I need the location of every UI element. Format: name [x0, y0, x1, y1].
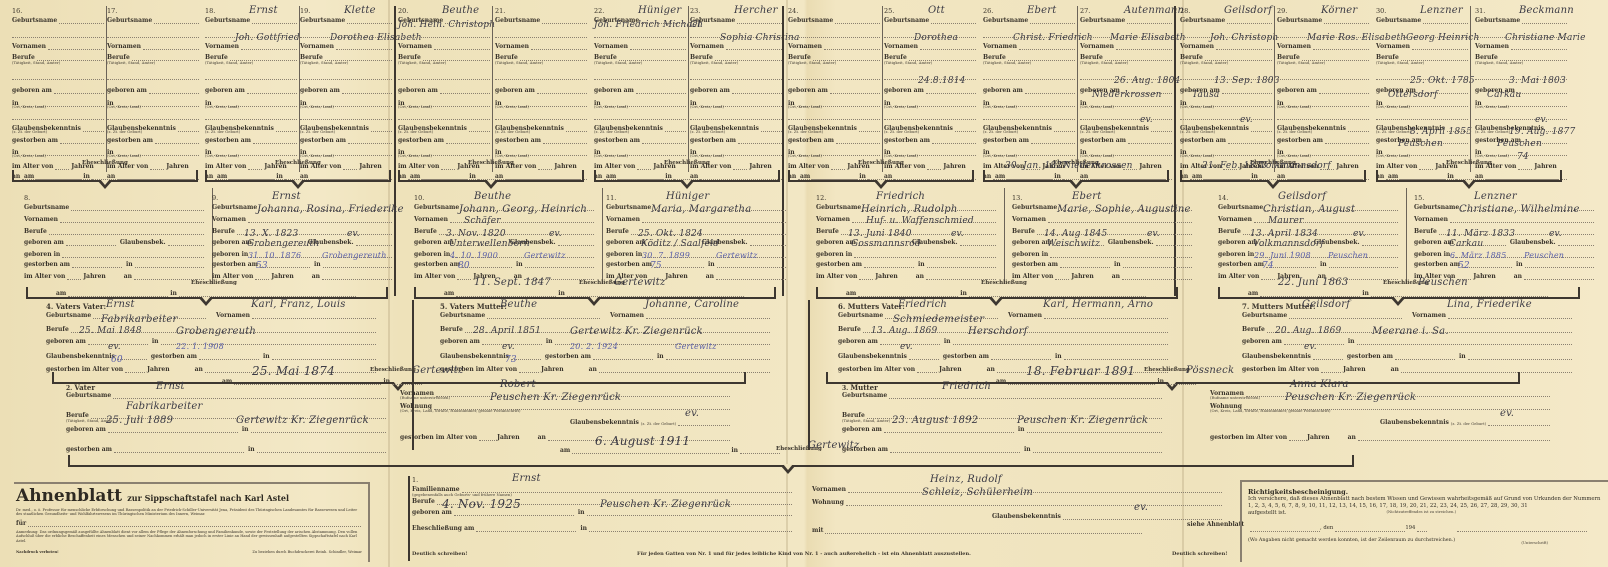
label-in: in	[657, 354, 664, 360]
marriage-place-value[interactable]: Volkmannsdorf	[1260, 161, 1331, 171]
religion-value[interactable]: ev.	[347, 230, 360, 239]
death-date-value[interactable]: 19. Aug. 1877	[1509, 128, 1575, 137]
surname-line2-value[interactable]: Joh. Hein. Christoph	[398, 21, 495, 30]
birth-date-value[interactable]: 11. März 1833	[1446, 230, 1515, 239]
father-birth-place[interactable]: Gertewitz Kr. Ziegenrück	[236, 416, 369, 426]
label-gestorben-am: gestorben am	[66, 447, 112, 453]
aufgestellt-text: aufgestellt ist.	[1248, 510, 1286, 517]
birth-date-value[interactable]: 20. Aug. 1869	[1275, 327, 1341, 336]
religion-value[interactable]: ev.	[1353, 230, 1366, 239]
card-number: 23.	[690, 8, 700, 15]
birth-date-value[interactable]: 26. Aug. 1804	[1114, 77, 1180, 86]
birth-date-value[interactable]: 24.8.1814	[918, 77, 966, 86]
label-geburtsname: Geburtsname	[816, 205, 861, 211]
death-place-value[interactable]: Peuschen	[1524, 252, 1564, 260]
label-in: in	[469, 173, 476, 180]
marriage-date-value[interactable]: 11. Sept. 1847	[474, 277, 551, 288]
marriage-place-value[interactable]: Pössneck	[1186, 365, 1234, 376]
label-glaube: Glaubensbekenntnis	[992, 514, 1061, 520]
death-date-value[interactable]: 30. 7. 1899	[642, 252, 690, 260]
label-glaube: Glaubensbek.	[1510, 240, 1556, 246]
sub-label: (Tätigkeit, Stand, Ämter)	[12, 61, 60, 65]
birth-date-value[interactable]: 13. Sep. 1803	[1214, 77, 1280, 86]
death-place-value[interactable]: Gertewitz	[524, 252, 566, 260]
chevron-down-icon	[1461, 180, 1477, 189]
label-in: in	[580, 526, 587, 532]
card-number: 10.	[414, 195, 424, 202]
label-geburtsname: Geburtsname	[1218, 205, 1263, 211]
given-names-value[interactable]: Karl, Hermann, Arno	[1043, 300, 1153, 310]
label-gestorben-am: gestorben am	[690, 138, 736, 144]
parents-marriage-place[interactable]: Gertewitz	[808, 440, 859, 451]
surname-value[interactable]: Lenzner	[1420, 6, 1463, 16]
sub-label: (Ort, Kreis, Land)	[690, 154, 724, 158]
label-gestorben-am: gestorben am	[594, 138, 640, 144]
father-given-names[interactable]: Robert	[500, 380, 536, 390]
column-divider	[1004, 188, 1005, 284]
birth-date-value[interactable]: 28. April 1851	[473, 327, 541, 336]
death-place-value[interactable]: Gertewitz	[716, 252, 758, 260]
given-names-value[interactable]: Georg Heinrich	[1406, 34, 1480, 43]
birth-place-value[interactable]: Köditz / Saalfeld	[641, 240, 719, 249]
sub-label: (Rufname unterstreichen)	[400, 396, 450, 400]
proband-residence[interactable]: Schleiz, Schülerheim	[922, 488, 1033, 498]
card-number: 14.	[1218, 195, 1228, 202]
column-divider	[1077, 6, 1078, 172]
proband-surname[interactable]: Ernst	[512, 474, 541, 484]
sub-label: (Tätigkeit, Stand, Ämter)	[398, 61, 446, 65]
label-am: am	[24, 173, 34, 180]
religion-value[interactable]: ev.	[1240, 116, 1253, 125]
card-number: 30.	[1376, 8, 1386, 15]
label-fuer: für	[16, 520, 26, 527]
label-an: an	[124, 274, 132, 280]
surname-line2-value[interactable]: Ch	[690, 21, 703, 30]
birth-place-value[interactable]: Tausa	[1192, 91, 1219, 100]
sub-label: (Tätigkeit, Stand, Ämter)	[983, 61, 1031, 65]
sub-label: (z. Zt. der Geburt)	[1180, 130, 1215, 134]
religion-value[interactable]: ev.	[549, 230, 562, 239]
age-value[interactable]: 52	[1458, 262, 1470, 271]
label-geboren-am: geboren am	[107, 88, 147, 94]
birth-place-value[interactable]: Carkau	[1487, 91, 1521, 100]
sub-label: (z. Zt. der Geburt)	[788, 130, 823, 134]
proband-religion[interactable]: ev.	[1134, 503, 1148, 513]
birth-place-value[interactable]: Ottersdorf	[1388, 91, 1438, 100]
given-names-value[interactable]: Johanne, Caroline	[645, 300, 739, 310]
label-vornamen: Vornamen	[788, 44, 822, 50]
given-names-value[interactable]: Dorothea	[914, 34, 958, 43]
religion-value[interactable]: ev.	[1535, 116, 1548, 125]
eheschliessung-label: Eheschließung	[468, 160, 514, 166]
signature-field[interactable]	[1457, 526, 1587, 532]
label-geburtsname: Geburtsname	[1475, 18, 1520, 24]
surname-value[interactable]: Hüniger	[666, 192, 709, 202]
sub-label: (Ort, Kreis, Land)	[1277, 105, 1311, 109]
surname-value[interactable]: Beuthe	[500, 300, 537, 310]
birth-date-value[interactable]: 25. Mai 1848	[79, 327, 142, 336]
label-in: in	[859, 173, 866, 180]
parents-marriage-date[interactable]: 6. August 1911	[595, 434, 690, 448]
death-place-value[interactable]: Peuschen	[1328, 252, 1368, 260]
birth-place-value[interactable]: Niederkrossen	[1092, 91, 1162, 100]
birth-place-value[interactable]: Grobengereuth	[247, 240, 319, 249]
label-alter: im Alter von	[816, 274, 857, 280]
label-geburtsname: Geburtsname	[842, 393, 887, 399]
sub-label: (z. Zt. der Geburt)	[594, 130, 629, 134]
label-gestorben-alter: gestorben im Alter von	[1210, 435, 1287, 441]
occupation-value[interactable]: Fabrikarbeiter	[101, 315, 177, 325]
card-number: 11.	[606, 195, 616, 202]
death-date-value[interactable]: 8. April 1855	[1410, 128, 1472, 137]
label-glaube: Glaubensbekenntnis	[838, 354, 907, 360]
sub-label: (Ort, Kreis, Land)	[788, 105, 822, 109]
age-value[interactable]: 74	[1262, 262, 1274, 271]
surname-value[interactable]: Geilsdorf	[1278, 192, 1326, 202]
religion-value[interactable]: ev.	[1304, 343, 1317, 352]
birth-place-value[interactable]: Unterwellenborn	[449, 240, 530, 249]
label-gestorben-am: gestorben am	[24, 262, 70, 268]
marriage-place-value[interactable]: Peuschen	[1418, 277, 1468, 288]
sub-label: (Ort, Kreis, Land)	[300, 105, 334, 109]
label-vornamen: Vornamen	[610, 313, 644, 319]
birth-place-value[interactable]: Carkau	[1449, 240, 1483, 249]
reprint-notice: Nachdruck verboten!	[16, 550, 59, 554]
father-residence[interactable]: Peuschen Kr. Ziegenrück	[490, 393, 621, 403]
death-place-value[interactable]: Grobengereuth	[322, 252, 387, 260]
birth-date-value[interactable]: 13. Aug. 1869	[871, 327, 937, 336]
label-in: in	[960, 290, 967, 297]
label-gestorben-am: gestorben am	[884, 138, 930, 144]
label-in: in	[248, 447, 255, 453]
label-berufe: Berufe	[1218, 229, 1241, 235]
surname-value[interactable]: Beckmann	[1519, 6, 1574, 16]
label-geburtsname: Geburtsname	[205, 18, 250, 24]
mother-religion[interactable]: ev.	[1500, 409, 1514, 419]
date-field[interactable]	[1335, 526, 1405, 532]
marriage-date-value[interactable]: 21. Feb. 1833	[1202, 161, 1267, 171]
occupation-value[interactable]: Maurer	[1268, 217, 1304, 226]
sub-label: (Ort, Kreis, Land)	[1475, 154, 1509, 158]
label-geburtsname: Geburtsname	[12, 18, 57, 24]
ancestor-card-30: 30. Geburtsname Lenzner Vornamen Georg H…	[1376, 8, 1468, 168]
label-geboren-am: geboren am	[398, 88, 438, 94]
proband-birth-place[interactable]: Peuschen Kr. Ziegenrück	[600, 500, 731, 510]
label-am: am	[410, 173, 420, 180]
eheschliessung-label: Eheschließung	[191, 280, 237, 286]
marriage-date-value[interactable]: 18. Februar 1891	[1026, 364, 1135, 378]
surname-value[interactable]: Friedrich	[898, 300, 947, 310]
sub-label: (Ort, Kreis, Land)	[12, 105, 46, 109]
birth-place-value[interactable]: Gossmannsrod	[851, 240, 921, 249]
mother-maiden-name[interactable]: Friedrich	[942, 382, 991, 392]
birth-date-value[interactable]: 3. Mai 1803	[1509, 77, 1566, 86]
sub-label: (Ort, Kreis, Land)	[107, 105, 141, 109]
label-geburtsname: Geburtsname	[300, 18, 345, 24]
sub-label: (z. Zt. der Geburt)	[641, 422, 676, 426]
label-jahren: Jahren	[665, 274, 687, 280]
father-religion[interactable]: ev.	[685, 409, 699, 419]
ancestor-card-6: 6. Mutters Vater: Geburtsname Friedrich …	[838, 303, 1168, 373]
label-vornamen: Vornamen	[216, 313, 250, 319]
card-number: 7.	[1242, 302, 1249, 311]
card-number: 9.	[212, 195, 218, 202]
religion-value[interactable]: ev.	[502, 343, 515, 352]
document-subtitle: zur Sippschaftstafel nach Karl Astel	[127, 493, 289, 503]
supplier-notice: Zu beziehen durch Buchdruckerei Reinh. S…	[252, 550, 362, 554]
father-surname[interactable]: Ernst	[156, 382, 185, 392]
divider	[408, 476, 410, 561]
birth-date-value[interactable]: 13. April 1834	[1250, 230, 1318, 239]
given-names-value[interactable]: Heinrich, Rudolph	[861, 205, 958, 215]
birth-date-value[interactable]: 13. X. 1823	[244, 230, 298, 239]
surname-value[interactable]: Beuthe	[474, 192, 511, 202]
role-label: Vaters Vater:	[56, 302, 106, 311]
signature-label: (Unterschrift)	[1521, 540, 1548, 545]
given-names-value[interactable]: Joh. Gottfried	[235, 34, 300, 43]
birth-place-value[interactable]: Herschdorf	[968, 327, 1028, 337]
label-an: an	[916, 274, 924, 280]
sub-label: (z. Zt. der Geburt)	[205, 130, 240, 134]
given-names-value[interactable]: Christiane Marie	[1505, 34, 1586, 43]
death-date-value[interactable]: 4. 10. 1900	[450, 252, 498, 260]
label-glaube: Glaubensbekenntnis	[440, 354, 509, 360]
label-an: an	[312, 274, 320, 280]
sub-label: (Ort, Kreis, Land)	[1180, 105, 1214, 109]
label-geboren-am: geboren am	[205, 88, 245, 94]
given-names-value[interactable]: Karl, Franz, Louis	[251, 300, 346, 310]
sub-label: (Ort, Kreis, Land)	[1180, 154, 1214, 158]
label-am: am	[800, 173, 810, 180]
label-in: in	[1055, 354, 1062, 360]
label-berufe: Berufe	[412, 499, 435, 505]
religion-value[interactable]: ev.	[1140, 116, 1153, 125]
sub-label: (Ort, Kreis, Land)	[983, 105, 1017, 109]
label-in: in	[516, 262, 523, 268]
religion-value[interactable]: ev.	[900, 343, 913, 352]
label-am: am	[217, 173, 227, 180]
age-value[interactable]: 53	[256, 262, 268, 271]
surname-value[interactable]: Hüniger	[638, 6, 681, 16]
sub-label: (Ort, Kreis, Land)	[12, 154, 46, 158]
sub-label: (Ort, Kreis, Land)	[884, 154, 918, 158]
mother-birth-place[interactable]: Peuschen Kr. Ziegenrück	[1017, 416, 1148, 426]
label-gestorben-am: gestorben am	[1218, 262, 1264, 268]
death-place-value[interactable]: Peuschen	[1497, 140, 1542, 149]
birth-date-value[interactable]: 3. Nov. 1820	[446, 230, 506, 239]
label-an: an	[1112, 274, 1120, 280]
label-vornamen: Vornamen	[495, 44, 529, 50]
sub-label: (Ort, Kreis, Land)	[1080, 105, 1114, 109]
death-date-value[interactable]: 22. 1. 1908	[176, 343, 224, 351]
label-berufe: Berufe	[440, 327, 463, 333]
label-geboren-in: geboren in	[24, 252, 60, 258]
death-date-value[interactable]: 20. 2. 1924	[570, 343, 618, 351]
label-gestorben-am: gestorben am	[151, 354, 197, 360]
label-in: in	[708, 262, 715, 268]
ancestor-card-23: 23. Geburtsname Hercher Ch Vornamen Soph…	[690, 8, 782, 168]
religion-value[interactable]: ev.	[1147, 230, 1160, 239]
given-names-value[interactable]: Lina, Friederike	[1447, 300, 1532, 310]
label-vornamen: Vornamen	[812, 487, 846, 493]
label-gestorben-am: gestorben am	[300, 138, 346, 144]
card-number: 12.	[816, 195, 826, 202]
mother-residence[interactable]: Peuschen Kr. Ziegenrück	[1285, 393, 1416, 403]
label-geburtsname: Geburtsname	[884, 18, 929, 24]
marriage-place-value[interactable]: Gertewitz	[614, 277, 665, 288]
marriage-date-value[interactable]: 22. Juni 1863	[1278, 277, 1348, 288]
surname-value[interactable]: Geilsdorf	[1224, 6, 1272, 16]
birth-place-value[interactable]: Gertewitz Kr. Ziegenrück	[570, 327, 703, 337]
label-jahren: Jahren	[271, 274, 293, 280]
label-in: in	[731, 447, 738, 454]
death-date-value[interactable]: 6. März 1885	[1450, 252, 1506, 260]
sub-label: (z. Zt. der Geburt)	[1277, 130, 1312, 134]
given-names-value[interactable]: Christiane, Wilhelmine	[1459, 205, 1580, 215]
label-glaube: Glaubensbekenntnis	[570, 420, 639, 426]
death-place-value[interactable]: Peuschen	[1398, 140, 1443, 149]
label-vornamen: Vornamen	[1412, 313, 1446, 319]
den-label: , den	[1320, 525, 1333, 532]
label-geboren-am: geboren am	[1218, 240, 1258, 246]
marriage-date-value[interactable]: 25. Mai 1874	[252, 364, 335, 378]
label-geburtsname: Geburtsname	[1242, 313, 1287, 319]
birth-place-value[interactable]: Volkmannsdorf	[1253, 240, 1324, 249]
label-wohnung: Wohnung	[812, 500, 844, 506]
death-date-value[interactable]: 31. 10. 1876	[248, 252, 301, 260]
ancestor-card-27: 27. Geburtsname Autenmann Vornamen Marie…	[1080, 8, 1172, 168]
label-gestorben-am: gestorben am	[495, 138, 541, 144]
given-names-value[interactable]: Johanna, Rosina, Friederike	[257, 205, 404, 215]
place-field[interactable]	[1250, 526, 1320, 532]
label-geboren-in: geboren in	[1414, 252, 1450, 258]
label-geboren-am: geboren am	[606, 240, 646, 246]
death-place-value[interactable]: Gertewitz	[675, 343, 717, 351]
religion-value[interactable]: ev.	[951, 230, 964, 239]
occupation-value[interactable]: Schmiedemeister	[893, 315, 984, 325]
birth-place-value[interactable]: Grobengereuth	[176, 327, 256, 337]
surname-value[interactable]: Ott	[928, 6, 945, 16]
label-geboren-in: geboren in	[414, 252, 450, 258]
chevron-down-icon	[1068, 180, 1084, 189]
age-value[interactable]: 74	[1517, 153, 1529, 162]
birth-date-value[interactable]: 14. Aug 1845	[1044, 230, 1107, 239]
card-number: 6.	[838, 302, 845, 311]
proband-birth-date[interactable]: 4. Nov. 1925	[442, 498, 521, 510]
mother-birth-date[interactable]: 23. August 1892	[892, 416, 978, 426]
birth-date-value[interactable]: 25. Okt. 1824	[638, 230, 703, 239]
sub-label: (Ort, Kreis, Land)	[1277, 154, 1311, 158]
label-geburtsname: Geburtsname	[1414, 205, 1459, 211]
surname-line2-value[interactable]: Joh. Friedrich Michael	[594, 21, 701, 30]
mother-given-names[interactable]: Anna Klara	[1290, 380, 1349, 390]
label-vornamen: Vornamen	[884, 44, 918, 50]
father-birth-date[interactable]: 25. Juli 1889	[106, 416, 173, 426]
label-in: in	[546, 339, 553, 345]
ancestor-card-13: 13. Geburtsname Ebert Vornamen Marie, So…	[1012, 195, 1192, 275]
label-geburtsname: Geburtsname	[24, 205, 69, 211]
label-berufe: Berufe	[816, 229, 839, 235]
given-names-value[interactable]: Joh. Christoph	[1210, 34, 1278, 43]
label-ehe-am: Eheschließung am	[412, 526, 474, 532]
label-gestorben-am: gestorben am	[414, 262, 460, 268]
birth-date-value[interactable]: 13. Juni 1840	[848, 230, 912, 239]
given-names-value[interactable]: Christian, August	[1263, 205, 1355, 215]
label-in: in	[152, 339, 159, 345]
marriage-date-value[interactable]: 30. Jan. 1827	[1005, 161, 1068, 171]
occupation-value[interactable]: Schäfer	[464, 217, 501, 226]
label-alter: im Alter von	[1218, 274, 1259, 280]
label-berufe: Berufe	[24, 229, 47, 235]
birth-place-value[interactable]: Meerane i. Sa.	[1372, 327, 1449, 337]
surname-value[interactable]: Ernst	[249, 6, 278, 16]
label-in: in	[1018, 427, 1025, 433]
column-divider	[602, 188, 603, 284]
religion-value[interactable]: ev.	[108, 343, 121, 352]
chevron-down-icon	[290, 180, 306, 189]
given-names-value[interactable]: Marie, Sophie, Augustine	[1057, 205, 1191, 215]
ancestor-card-26: 26. Geburtsname Ebert Vornamen Christ. F…	[983, 8, 1075, 168]
surname-value[interactable]: Körner	[1321, 6, 1357, 16]
marriage-place-value[interactable]: Gertewitz	[412, 365, 463, 376]
chevron-down-icon	[483, 180, 499, 189]
father-occupation[interactable]: Fabrikarbeiter	[126, 402, 202, 412]
eheschliessung-label: Eheschließung	[82, 160, 128, 166]
label-geboren-in: geboren in	[816, 252, 852, 258]
surname-value[interactable]: Ernst	[272, 192, 301, 202]
label-geburtsname: Geburtsname	[838, 313, 883, 319]
given-names-value[interactable]: Johann, Georg, Heinrich	[459, 205, 587, 215]
label-gestorben-alter: gestorben im Alter von	[400, 435, 477, 441]
label-in: in	[944, 339, 951, 345]
surname-value[interactable]: Klette	[344, 6, 376, 16]
age-value[interactable]: 73	[505, 356, 517, 365]
birth-date-value[interactable]: 25. Okt. 1785	[1410, 77, 1475, 86]
certification-title: Richtigkeitsbescheinigung.	[1248, 488, 1602, 496]
proband-given-names[interactable]: Heinz, Rudolf	[930, 475, 1002, 485]
death-date-value[interactable]: 29. Juni 1908	[1254, 252, 1311, 260]
occupation-value[interactable]: Huf- u. Waffenschmied	[866, 217, 974, 226]
birth-place-value[interactable]: Weischwitz	[1047, 240, 1100, 249]
given-names-value[interactable]: Maria, Margaretha	[651, 205, 751, 215]
surname-value[interactable]: Friedrich	[876, 192, 925, 202]
marriage-place-value[interactable]: Niederkrossen	[1063, 161, 1133, 171]
label-gestorben-am: gestorben am	[212, 262, 258, 268]
card-number: 15.	[1414, 195, 1424, 202]
surname-value[interactable]: Geilsdorf	[1302, 300, 1350, 310]
card-number: 13.	[1012, 195, 1022, 202]
sub-label: (z. Zt. der Geburt)	[398, 130, 433, 134]
label-geboren-in: geboren in	[1218, 252, 1254, 258]
surname-value[interactable]: Beuthe	[442, 6, 479, 16]
religion-value[interactable]: ev.	[1549, 230, 1562, 239]
surname-value[interactable]: Ebert	[1072, 192, 1101, 202]
surname-value[interactable]: Ernst	[106, 300, 135, 310]
sub-label: (Tätigkeit, Stand, Ämter)	[107, 61, 155, 65]
label-vornamen: Vornamen	[212, 217, 246, 223]
surname-value[interactable]: Ebert	[1027, 6, 1056, 16]
age-value[interactable]: 80	[458, 262, 470, 271]
label-gestorben-am: gestorben am	[398, 138, 444, 144]
card-father: 2. Vater Geburtsname Ernst Berufe (Tätig…	[66, 384, 386, 464]
age-value[interactable]: 60	[111, 356, 123, 365]
age-value[interactable]: 75	[650, 262, 662, 271]
label-vornamen: Vornamen	[398, 44, 432, 50]
label-gestorben-am: gestorben am	[107, 138, 153, 144]
surname-value[interactable]: Lenzner	[1474, 192, 1517, 202]
surname-value[interactable]: Hercher	[734, 6, 778, 16]
label-an: an	[538, 435, 546, 441]
